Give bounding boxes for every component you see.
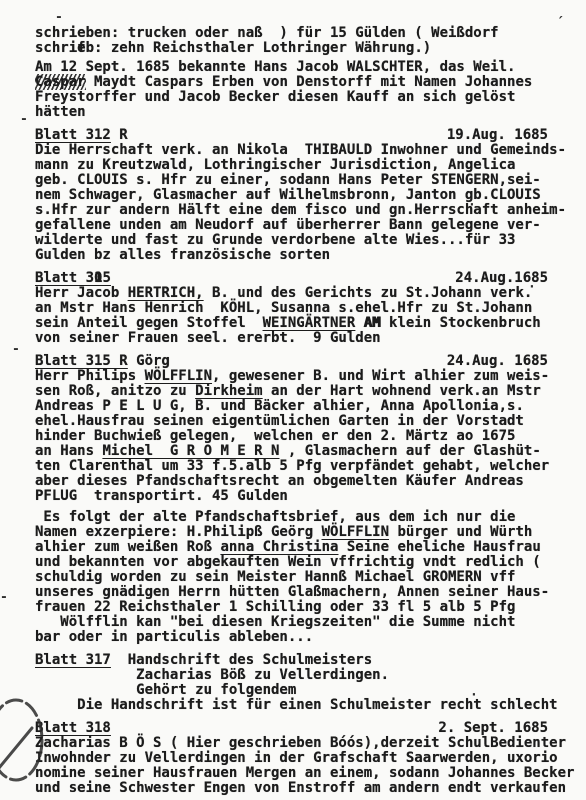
blatt-317-block: Blatt 317 Handschrift des Schulmeisters …: [35, 653, 572, 713]
text-segment: ehel.Hausfrau seinen eigentümlichen Gart…: [35, 413, 524, 429]
text-segment: schrieben: trucken oder naß ) für 15 Gül…: [35, 25, 499, 41]
blatt-315r-heading-date: 24.Aug. 1685: [447, 354, 548, 369]
text-segment: nem Schwager, Glasmacher auf Wilhelmsbro…: [35, 187, 541, 203]
blatt-315r-heading: Blatt 315 R Görg24.Aug. 1685: [35, 354, 572, 369]
text-line: unseres gnädigen Herrn hütten Glaßmacher…: [35, 585, 572, 600]
text-line: schuldig worden zu sein Meister Hannß Mi…: [35, 570, 572, 585]
text-line: an Hans Michel G R O M E R N , Glasmache…: [35, 444, 572, 459]
text-line: Zacharias Böß zu Vellerdingen.: [35, 668, 572, 683]
underlined-text: Michel G R O M E R N: [102, 443, 279, 459]
text-line: frauen 22 Reichsthaler 1 Schilling oder …: [35, 600, 572, 615]
text-line: Blatt 312 R: [35, 128, 128, 143]
text-segment: klein Stockenbruch: [381, 315, 541, 331]
text-line: Blatt 3015: [35, 271, 111, 286]
text-segment: b: zehn Reichsthaler Lothringer Währung.…: [86, 40, 432, 56]
text-segment: an Mstr Hans Henrich KÖHL, Susanna s.ehe…: [35, 300, 532, 316]
text-segment: Wölfflin kan "bei diesen Kriegszeiten" d…: [35, 614, 515, 630]
text-segment: geb. CLOUIS s. Hfr zu einer, sodann Hans…: [35, 172, 541, 188]
text-line: PFLUG transportirt. 45 Gulden: [35, 489, 572, 504]
text-segment: ten Clarenthal um 33 f.5.alb 5 Pfg verpf…: [35, 458, 549, 474]
blatt-312-heading-date: 19.Aug. 1685: [447, 128, 548, 143]
text-segment: s.Hfr zur andern Hälft eine dem fisco un…: [35, 202, 566, 218]
text-segment: Es folgt der alte Pfandschaftsbrief, aus…: [35, 509, 515, 525]
text-line: s.Hfr zur andern Hälft eine dem fisco un…: [35, 203, 572, 218]
text-segment: Gehört zu folgendem: [35, 682, 296, 698]
stray-mark: ·: [468, 198, 476, 213]
underlined-text: 5: [102, 270, 110, 286]
text-segment: Herr Jacob: [35, 285, 128, 301]
text-segment: wilderte und fast zu Grunde verdorbene a…: [35, 232, 515, 248]
text-segment: Görg: [128, 353, 170, 369]
text-segment: Die Handschrift ist für einen Schulmeist…: [35, 697, 558, 713]
stray-mark: ·: [528, 280, 536, 295]
text-segment: von seiner Frauen seel. ererbt. 9 Gulden: [35, 330, 381, 346]
text-segment: PFLUG transportirt. 45 Gulden: [35, 488, 288, 504]
text-line: hinder Buchwieß gelegen, welchen er den …: [35, 429, 572, 444]
underlined-text: WEINGÄRTNER: [263, 315, 356, 331]
text-segment: Herr Philips: [35, 368, 145, 384]
text-segment: alhier zum weißen Roß: [35, 539, 220, 555]
text-line: ehel.Hausfrau seinen eigentümlichen Gart…: [35, 414, 572, 429]
text-segment: Die Herrschaft verk. an Nikola THIBAULD …: [35, 142, 566, 158]
text-line: nem Schwager, Glasmacher auf Wilhelmsbro…: [35, 188, 572, 203]
intro-note: schrieben: trucken oder naß ) für 15 Gül…: [35, 26, 572, 56]
blatt-318-heading: Blatt 3182. Sept. 1685: [35, 721, 572, 736]
text-line: Die Herrschaft verk. an Nikola THIBAULD …: [35, 143, 572, 158]
text-segment: , gewesener B. und Wirt alhier zum weis-: [212, 368, 549, 384]
text-line: Es folgt der alte Pfandschaftsbrief, aus…: [35, 510, 572, 525]
text-line: schrieben: trucken oder naß ) für 15 Gül…: [35, 26, 572, 41]
diagonal-stroke: [0, 728, 32, 774]
text-line: und bekannten vor abgekauften Wein vffri…: [35, 555, 572, 570]
text-line: nomine seiner Hausfrauen Mergen an einem…: [35, 766, 572, 781]
underlined-text: Blatt 317: [35, 652, 111, 668]
text-segment: aber dieses Pfandschaftsrecht an obgemel…: [35, 473, 524, 489]
text-segment: , Glasmachern auf der Glashüt-: [279, 443, 540, 459]
text-segment: L U G, B. und Bäcker alhier, Anna Apollo…: [128, 398, 524, 414]
text-line: Die Handschrift ist für einen Schulmeist…: [35, 698, 572, 713]
old-deed-excerpt: Es folgt der alte Pfandschaftsbrief, aus…: [35, 510, 572, 645]
blatt-318-heading-date: 2. Sept. 1685: [438, 721, 548, 736]
text-segment: und seine Schwester Engen von Enstroff a…: [35, 780, 566, 796]
text-line: mann zu Kreutzwald, Lothringischer Juris…: [35, 158, 572, 173]
text-segment: nomine seiner Hausfrauen Mergen an einem…: [35, 765, 574, 781]
blatt-312-body: Die Herrschaft verk. an Nikola THIBAULD …: [35, 143, 572, 263]
text-segment: Zacharias B Ö S ( Hier geschrieben Bóós)…: [35, 735, 566, 751]
underlined-text: Blatt 3: [35, 270, 94, 286]
blatt-315r-body: Herr Philips WÖLFFLIN, gewesener B. und …: [35, 369, 572, 504]
text-segment: hätten: [35, 104, 86, 120]
text-line: Zacharias B Ö S ( Hier geschrieben Bóós)…: [35, 736, 572, 751]
stray-mark: ·: [470, 688, 478, 703]
text-segment: Inwohnder zu Vellerdingen in der Grafsch…: [35, 750, 558, 766]
underlined-text: HERTRICH,: [128, 285, 204, 301]
text-segment: an Hans: [35, 443, 102, 459]
text-line: Am 12 Sept. 1685 bekannte Hans Jacob WAL…: [35, 60, 572, 75]
stray-mark: ´: [556, 16, 564, 31]
text-line: Gulden bz alles französische sorten: [35, 248, 572, 263]
text-segment: sen Roß, anitzo zu: [35, 383, 195, 399]
text-line: von seiner Frauen seel. ererbt. 9 Gulden: [35, 331, 572, 346]
text-line: schriefb: zehn Reichsthaler Lothringer W…: [35, 41, 572, 56]
text-segment: hinder Buchwieß gelegen, welchen er den …: [35, 428, 515, 444]
text-segment: sein Anteil gegen Stoffel: [35, 315, 263, 331]
text-segment: bar oder in particulis ableben...: [35, 629, 313, 645]
text-segment: Andreas P: [35, 398, 119, 414]
blatt-318-body: Zacharias B Ö S ( Hier geschrieben Bóós)…: [35, 736, 572, 796]
text-line: an Mstr Hans Henrich KÖHL, Susanna s.ehe…: [35, 301, 572, 316]
text-line: Andreas P EF L U G, B. und Bäcker alhier…: [35, 399, 572, 414]
stray-mark: -: [20, 112, 28, 127]
text-segment: Freystorffer und Jacob Becker diesen Kau…: [35, 89, 515, 105]
text-segment: und bekannten vor abgekauften Wein vffri…: [35, 554, 541, 570]
text-segment: Am 12 Sept. 1685 bekannte Hans Jacob WAL…: [35, 59, 515, 75]
text-line: und seine Schwester Engen von Enstroff a…: [35, 781, 572, 796]
text-segment: Caspar: [35, 74, 86, 90]
text-segment: schuldig worden zu sein Meister Hannß Mi…: [35, 569, 515, 585]
blatt-312-heading: Blatt 312 R19.Aug. 1685: [35, 128, 572, 143]
text-line: hätten: [35, 105, 572, 120]
text-line: geb. CLOUIS s. Hfr zu einer, sodann Hans…: [35, 173, 572, 188]
text-line: ten Clarenthal um 33 f.5.alb 5 Pfg verpf…: [35, 459, 572, 474]
text-line: Gehört zu folgendem: [35, 683, 572, 698]
stray-mark: -: [55, 10, 63, 25]
text-segment: bürger und Würth: [389, 524, 532, 540]
text-segment: frauen 22 Reichsthaler 1 Schilling oder …: [35, 599, 515, 615]
text-segment: mann zu Kreutzwald, Lothringischer Juris…: [35, 157, 515, 173]
text-segment: Handschrift des Schulmeisters: [111, 652, 372, 668]
text-segment: gefallene unden am Neudorf auf überherre…: [35, 217, 541, 233]
text-segment: Maydt Caspars Erben von Denstorff mit Na…: [86, 74, 533, 90]
text-line: Blatt 315 R Görg: [35, 354, 170, 369]
entry-1685-09-12: Am 12 Sept. 1685 bekannte Hans Jacob WAL…: [35, 60, 572, 120]
underlined-text: Dirkheim: [195, 383, 262, 399]
text-segment: [355, 315, 363, 331]
text-segment: Namen exzerpiere: H.Philipß Geörg: [35, 524, 322, 540]
text-line: alhier zum weißen Roß anna Christina Sei…: [35, 540, 572, 555]
text-segment: R: [111, 127, 128, 143]
text-line: wilderte und fast zu Grunde verdorbene a…: [35, 233, 572, 248]
text-line: sein Anteil gegen Stoffel WEINGÄRTNER AM…: [35, 316, 572, 331]
text-segment: unseres gnädigen Herrn hütten Glaßmacher…: [35, 584, 549, 600]
text-line: gefallene unden am Neudorf auf überherre…: [35, 218, 572, 233]
text-segment: Gulden bz alles französische sorten: [35, 247, 330, 263]
text-line: Wölfflin kan "bei diesen Kriegszeiten" d…: [35, 615, 572, 630]
text-line: bar oder in particulis ableben...: [35, 630, 572, 645]
text-segment: AM: [364, 315, 381, 331]
text-line: Namen exzerpiere: H.Philipß Geörg WÖLFFL…: [35, 525, 572, 540]
underlined-text: WÖLFFLIN: [145, 368, 212, 384]
text-segment: an der Hart wohnend verk.an Mstr: [263, 383, 541, 399]
underlined-text: WÖLFFLIN: [322, 524, 389, 540]
text-line: Inwohnder zu Vellerdingen in der Grafsch…: [35, 751, 572, 766]
text-line: Freystorffer und Jacob Becker diesen Kau…: [35, 90, 572, 105]
text-line: sen Roß, anitzo zu Dirkheim an der Hart …: [35, 384, 572, 399]
handwritten-circle-mark: [0, 688, 50, 800]
underlined-text: Blatt 315 R: [35, 353, 128, 369]
underlined-text: Blatt 312: [35, 127, 111, 143]
stray-mark: -: [0, 590, 8, 605]
text-segment: Seine eheliche Hausfrau: [338, 539, 540, 555]
underlined-text: anna Christina: [220, 539, 338, 555]
text-segment: B. und des Gerichts zu St.Johann verk.: [204, 285, 533, 301]
text-line: aber dieses Pfandschaftsrecht an obgemel…: [35, 474, 572, 489]
stray-mark: -: [12, 342, 20, 357]
blatt-315-heading: Blatt 301524.Aug.1685: [35, 271, 572, 286]
text-line: Herr Philips WÖLFFLIN, gewesener B. und …: [35, 369, 572, 384]
text-line: Blatt 317 Handschrift des Schulmeisters: [35, 653, 572, 668]
text-line: Herr Jacob HERTRICH, B. und des Gerichts…: [35, 286, 572, 301]
text-segment: Zacharias Böß zu Vellerdingen.: [35, 667, 389, 683]
text-segment: schri: [35, 40, 77, 56]
blatt-315-body: Herr Jacob HERTRICH, B. und des Gerichts…: [35, 286, 572, 346]
document-page: schrieben: trucken oder naß ) für 15 Gül…: [0, 0, 586, 796]
text-line: Caspar Maydt Caspars Erben von Denstorff…: [35, 75, 572, 90]
